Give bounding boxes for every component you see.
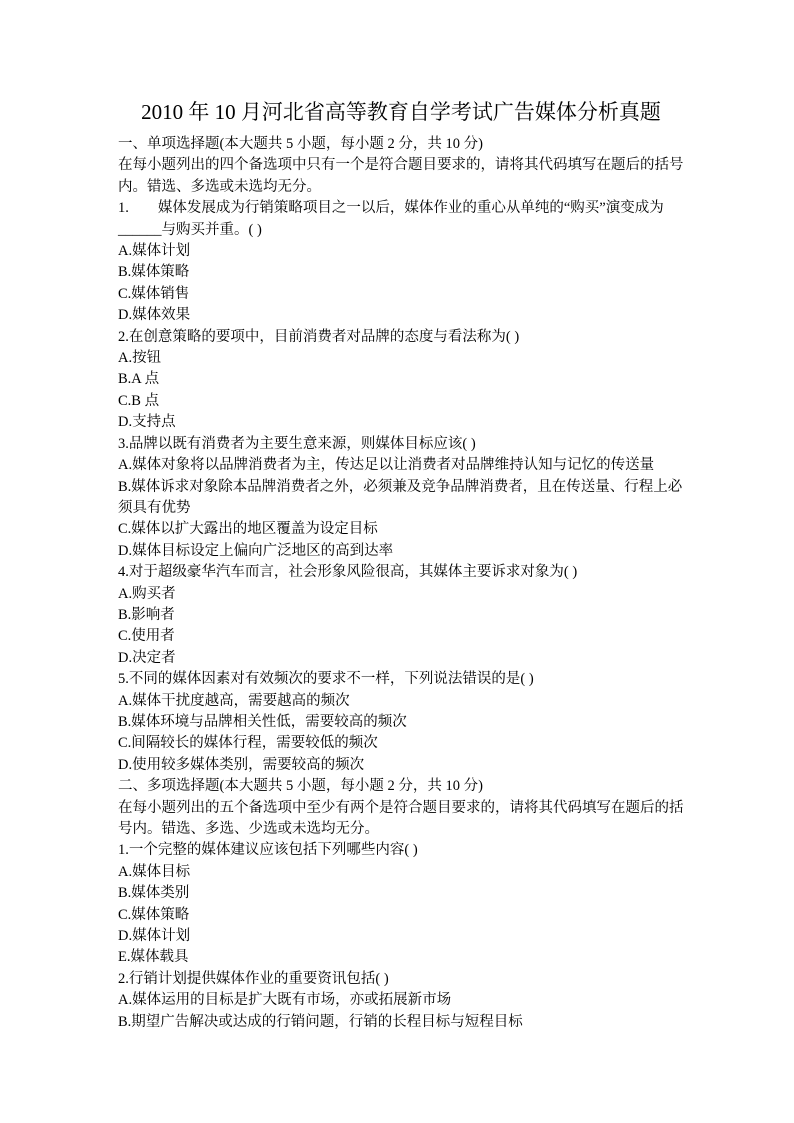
option-line: A.媒体目标 (118, 862, 684, 883)
question-text-line: 2.在创意策略的要项中，目前消费者对品牌的态度与看法称为( ) (118, 327, 684, 348)
option-line: C.媒体以扩大露出的地区覆盖为设定目标 (118, 519, 684, 540)
question-text-line: 2.行销计划提供媒体作业的重要资讯包括( ) (118, 969, 684, 990)
option-line: D.决定者 (118, 648, 684, 669)
option-line: A.媒体运用的目标是扩大既有市场，亦或拓展新市场 (118, 990, 684, 1011)
question-text-line: 3.品牌以既有消费者为主要生意来源，则媒体目标应该( ) (118, 434, 684, 455)
option-line: D.媒体计划 (118, 926, 684, 947)
option-line: B.媒体策略 (118, 262, 684, 283)
option-line: B.期望广告解决或达成的行销问题，行销的长程目标与短程目标 (118, 1012, 684, 1033)
option-line: A.按钮 (118, 348, 684, 369)
option-line: B.媒体诉求对象除本品牌消费者之外，必须兼及竞争品牌消费者，且在传送量、行程上必 (118, 477, 684, 498)
section-instructions-line: 在每小题列出的五个备选项中至少有两个是符合题目要求的，请将其代码填写在题后的括 (118, 798, 684, 819)
section-heading: 二、多项选择题(本大题共 5 小题，每小题 2 分，共 10 分) (118, 776, 684, 797)
question-text-line: 1. 媒体发展成为行销策略项目之一以后，媒体作业的重心从单纯的“购买”演变成为 (118, 198, 684, 219)
option-line: C.B 点 (118, 391, 684, 412)
question-text-line: 1.一个完整的媒体建议应该包括下列哪些内容( ) (118, 840, 684, 861)
option-line: B.影响者 (118, 605, 684, 626)
option-line: C.使用者 (118, 626, 684, 647)
question-text-line: 4.对于超级豪华汽车而言，社会形象风险很高，其媒体主要诉求对象为( ) (118, 562, 684, 583)
section-instructions-line: 在每小题列出的四个备选项中只有一个是符合题目要求的，请将其代码填写在题后的括号 (118, 155, 684, 176)
option-line: A.媒体对象将以品牌消费者为主，传达足以让消费者对品牌维持认知与记忆的传送量 (118, 455, 684, 476)
document-content: 一、单项选择题(本大题共 5 小题，每小题 2 分，共 10 分)在每小题列出的… (118, 134, 684, 1033)
option-line: C.媒体销售 (118, 284, 684, 305)
section-instructions-line: 号内。错选、多选、少选或未选均无分。 (118, 819, 684, 840)
option-line: A.媒体计划 (118, 241, 684, 262)
section-heading: 一、单项选择题(本大题共 5 小题，每小题 2 分，共 10 分) (118, 134, 684, 155)
option-line: D.支持点 (118, 412, 684, 433)
section-instructions-line: 内。错选、多选或未选均无分。 (118, 177, 684, 198)
option-line: B.媒体环境与品牌相关性低，需要较高的频次 (118, 712, 684, 733)
option-line: D.媒体效果 (118, 305, 684, 326)
option-line: A.购买者 (118, 584, 684, 605)
option-line: A.媒体干扰度越高，需要越高的频次 (118, 691, 684, 712)
option-line: D.媒体目标设定上偏向广泛地区的高到达率 (118, 541, 684, 562)
option-line: C.媒体策略 (118, 905, 684, 926)
option-line: B.A 点 (118, 369, 684, 390)
question-text-line: ______与购买并重。( ) (118, 220, 684, 241)
option-line: C.间隔较长的媒体行程，需要较低的频次 (118, 733, 684, 754)
question-text-line: 5.不同的媒体因素对有效频次的要求不一样，下列说法错误的是( ) (118, 669, 684, 690)
exam-document-page: 2010 年 10 月河北省高等教育自学考试广告媒体分析真题 一、单项选择题(本… (0, 0, 794, 1123)
option-line: E.媒体载具 (118, 947, 684, 968)
option-line: D.使用较多媒体类别，需要较高的频次 (118, 755, 684, 776)
document-title: 2010 年 10 月河北省高等教育自学考试广告媒体分析真题 (118, 97, 684, 127)
option-line: B.媒体类别 (118, 883, 684, 904)
option-line: 须具有优势 (118, 498, 684, 519)
